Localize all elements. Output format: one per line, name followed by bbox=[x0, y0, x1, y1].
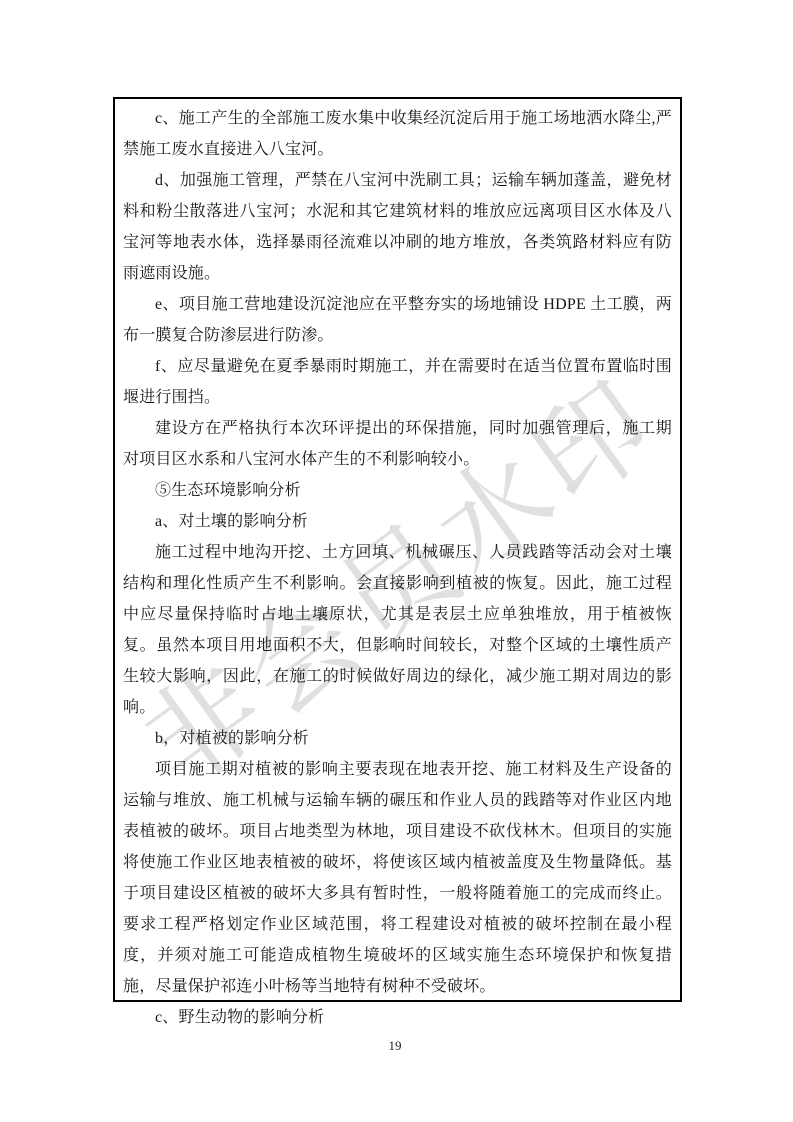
document-border-frame: c、施工产生的全部施工废水集中收集经沉淀后用于施工场地洒水降尘,严禁施工废水直接… bbox=[113, 97, 682, 1002]
heading-ecological-impact-analysis: ⑤生态环境影响分析 bbox=[123, 475, 672, 506]
paragraph-e-sedimentation-pond: e、项目施工营地建设沉淀池应在平整夯实的场地铺设 HDPE 土工膜，两布一膜复合… bbox=[123, 289, 672, 351]
paragraph-conclusion-water-impact: 建设方在严格执行本次环评提出的环保措施，同时加强管理后，施工期对项目区水系和八宝… bbox=[123, 413, 672, 475]
paragraph-c-construction-wastewater: c、施工产生的全部施工废水集中收集经沉淀后用于施工场地洒水降尘,严禁施工废水直接… bbox=[123, 103, 672, 165]
heading-a-soil-impact: a、对土壤的影响分析 bbox=[123, 506, 672, 537]
page-number: 19 bbox=[0, 1038, 790, 1054]
paragraph-f-rainstorm-avoidance: f、应尽量避免在夏季暴雨时期施工，并在需要时在适当位置布置临时围堰进行围挡。 bbox=[123, 351, 672, 413]
paragraph-soil-impact-body: 施工过程中地沟开挖、土方回填、机械碾压、人员践踏等活动会对土壤结构和理化性质产生… bbox=[123, 537, 672, 723]
paragraph-d-construction-management: d、加强施工管理，严禁在八宝河中洗刷工具；运输车辆加蓬盖，避免材料和粉尘散落进八… bbox=[123, 165, 672, 289]
heading-c-wildlife-impact: c、野生动物的影响分析 bbox=[123, 1002, 672, 1033]
paragraph-vegetation-impact-body: 项目施工期对植被的影响主要表现在地表开挖、施工材料及生产设备的运输与堆放、施工机… bbox=[123, 754, 672, 1002]
heading-b-vegetation-impact: b，对植被的影响分析 bbox=[123, 723, 672, 754]
